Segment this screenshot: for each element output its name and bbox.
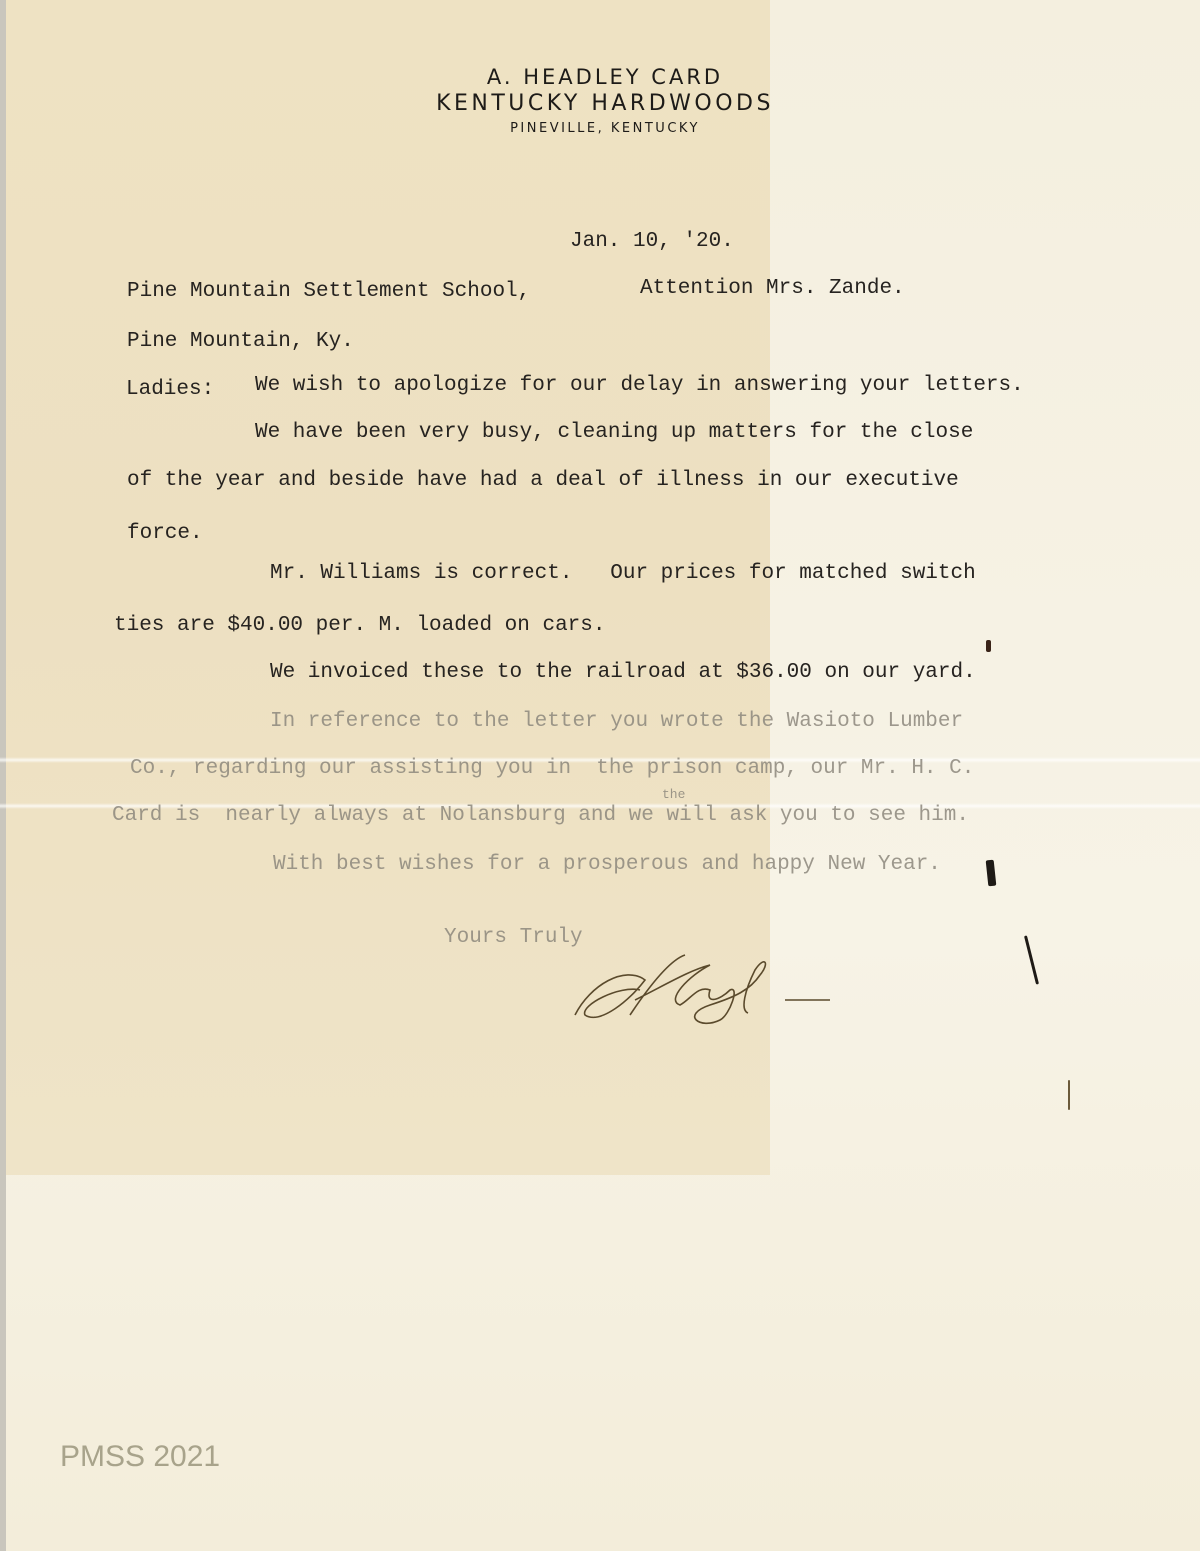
archive-watermark: PMSS 2021 [60,1440,220,1474]
body-line: Mr. Williams is correct. Our prices for … [270,562,976,585]
letterhead-location: PINEVILLE, KENTUCKY [370,118,840,140]
recipient-name: Pine Mountain Settlement School, [127,280,530,303]
body-line: ties are $40.00 per. M. loaded on cars. [114,614,605,637]
letterhead: A. HEADLEY CARD KENTUCKY HARDWOODS PINEV… [370,64,840,140]
paper-mark [1068,1080,1070,1110]
body-line: force. [127,522,203,545]
letterhead-company: KENTUCKY HARDWOODS [370,90,840,118]
ink-mark [986,860,997,887]
letterhead-name: A. HEADLEY CARD [370,64,840,90]
signature [570,945,840,1035]
body-line-faded: In reference to the letter you wrote the… [270,710,963,733]
ink-spot [986,640,991,652]
ink-mark [1024,935,1039,984]
closing: Yours Truly [444,926,583,949]
body-line-faded: Card is nearly always at Nolansburg and … [112,804,969,827]
body-line: We invoiced these to the railroad at $36… [270,661,976,684]
body-line: of the year and beside have had a deal o… [127,469,959,492]
attention-line: Attention Mrs. Zande. [640,277,905,300]
body-insertion-faded: the [662,787,685,802]
body-line: We have been very busy, cleaning up matt… [255,421,973,444]
salutation: Ladies: [126,378,214,401]
scan-edge [0,0,6,1551]
letter-date: Jan. 10, '20. [570,230,734,253]
body-line-faded: With best wishes for a prosperous and ha… [273,853,941,876]
recipient-address: Pine Mountain, Ky. [127,330,354,353]
letter-page: A. HEADLEY CARD KENTUCKY HARDWOODS PINEV… [0,0,1200,1551]
body-line: We wish to apologize for our delay in an… [255,374,1024,397]
body-line-faded: Co., regarding our assisting you in the … [130,757,974,780]
